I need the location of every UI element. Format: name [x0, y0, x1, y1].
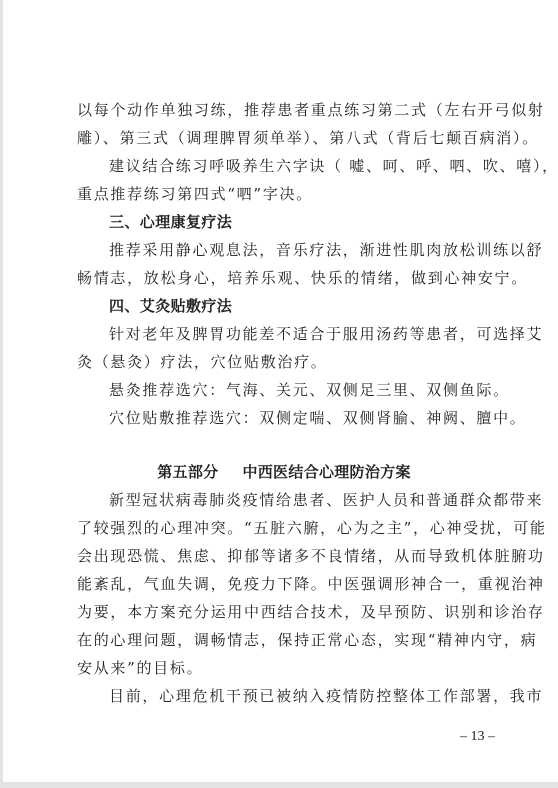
paragraph-line: 针对老年及脾胃功能差不适合于服用汤药等患者，可选择艾 [77, 320, 491, 348]
paragraph-line: 建议结合练习呼吸养生六字诀（ 嘘、呵、呼、呬、吹、嘻）， [77, 152, 491, 180]
paragraph-line: 悬灸推荐选穴：气海、关元、双侧足三里、双侧鱼际。 [77, 376, 491, 404]
paragraph-line: 畅情志，放松身心，培养乐观、快乐的情绪，做到心神安宁。 [77, 264, 491, 292]
paragraph-line: 以每个动作单独习练，推荐患者重点练习第二式（左右开弓似射 [77, 96, 491, 124]
part-label: 第五部分 [157, 463, 218, 481]
part-title: 第五部分中西医结合心理防治方案 [77, 458, 491, 486]
paragraph-line: 会出现恐慌、焦虑、抑郁等诸多不良情绪，从而导致机体脏腑功 [77, 542, 491, 570]
paragraph-line: 推荐采用静心观息法，音乐疗法，渐进性肌肉放松训练以舒 [77, 236, 491, 264]
paragraph-line: 能紊乱，气血失调，免疫力下降。中医强调形神合一，重视治神 [77, 570, 491, 598]
spacer [77, 432, 491, 458]
paragraph-line: 了较强烈的心理冲突。“五脏六腑，心为之主”，心神受扰，可能 [77, 514, 491, 542]
section-heading-moxibustion: 四、艾灸贴敷疗法 [77, 292, 491, 320]
page-number: – 13 – [460, 729, 495, 745]
paragraph-line: 灸（悬灸）疗法，穴位贴敷治疗。 [77, 348, 491, 376]
paragraph-line: 新型冠状病毒肺炎疫情给患者、医护人员和普通群众都带来 [77, 486, 491, 514]
part-title-text: 中西医结合心理防治方案 [242, 463, 410, 481]
paragraph-line: 安从来”的目标。 [77, 654, 491, 682]
paragraph-line: 在的心理问题，调畅情志，保持正常心态，实现“精神内守，病 [77, 626, 491, 654]
paragraph-line: 穴位贴敷推荐选穴：双侧定喘、双侧肾腧、神阙、膻中。 [77, 404, 491, 432]
paragraph-line: 为要，本方案充分运用中西结合技术，及早预防、识别和诊治存 [77, 598, 491, 626]
paragraph-line: 重点推荐练习第四式“呬”字决。 [77, 180, 491, 208]
paragraph-line: 目前，心理危机干预已被纳入疫情防控整体工作部署，我市 [77, 682, 491, 710]
document-page: 以每个动作单独习练，推荐患者重点练习第二式（左右开弓似射 雕）、第三式（调理脾胃… [3, 0, 558, 782]
document-body: 以每个动作单独习练，推荐患者重点练习第二式（左右开弓似射 雕）、第三式（调理脾胃… [77, 96, 491, 710]
section-heading-psychological-rehab: 三、心理康复疗法 [77, 208, 491, 236]
paragraph-line: 雕）、第三式（调理脾胃须单举）、第八式（背后七颠百病消）。 [77, 124, 491, 152]
